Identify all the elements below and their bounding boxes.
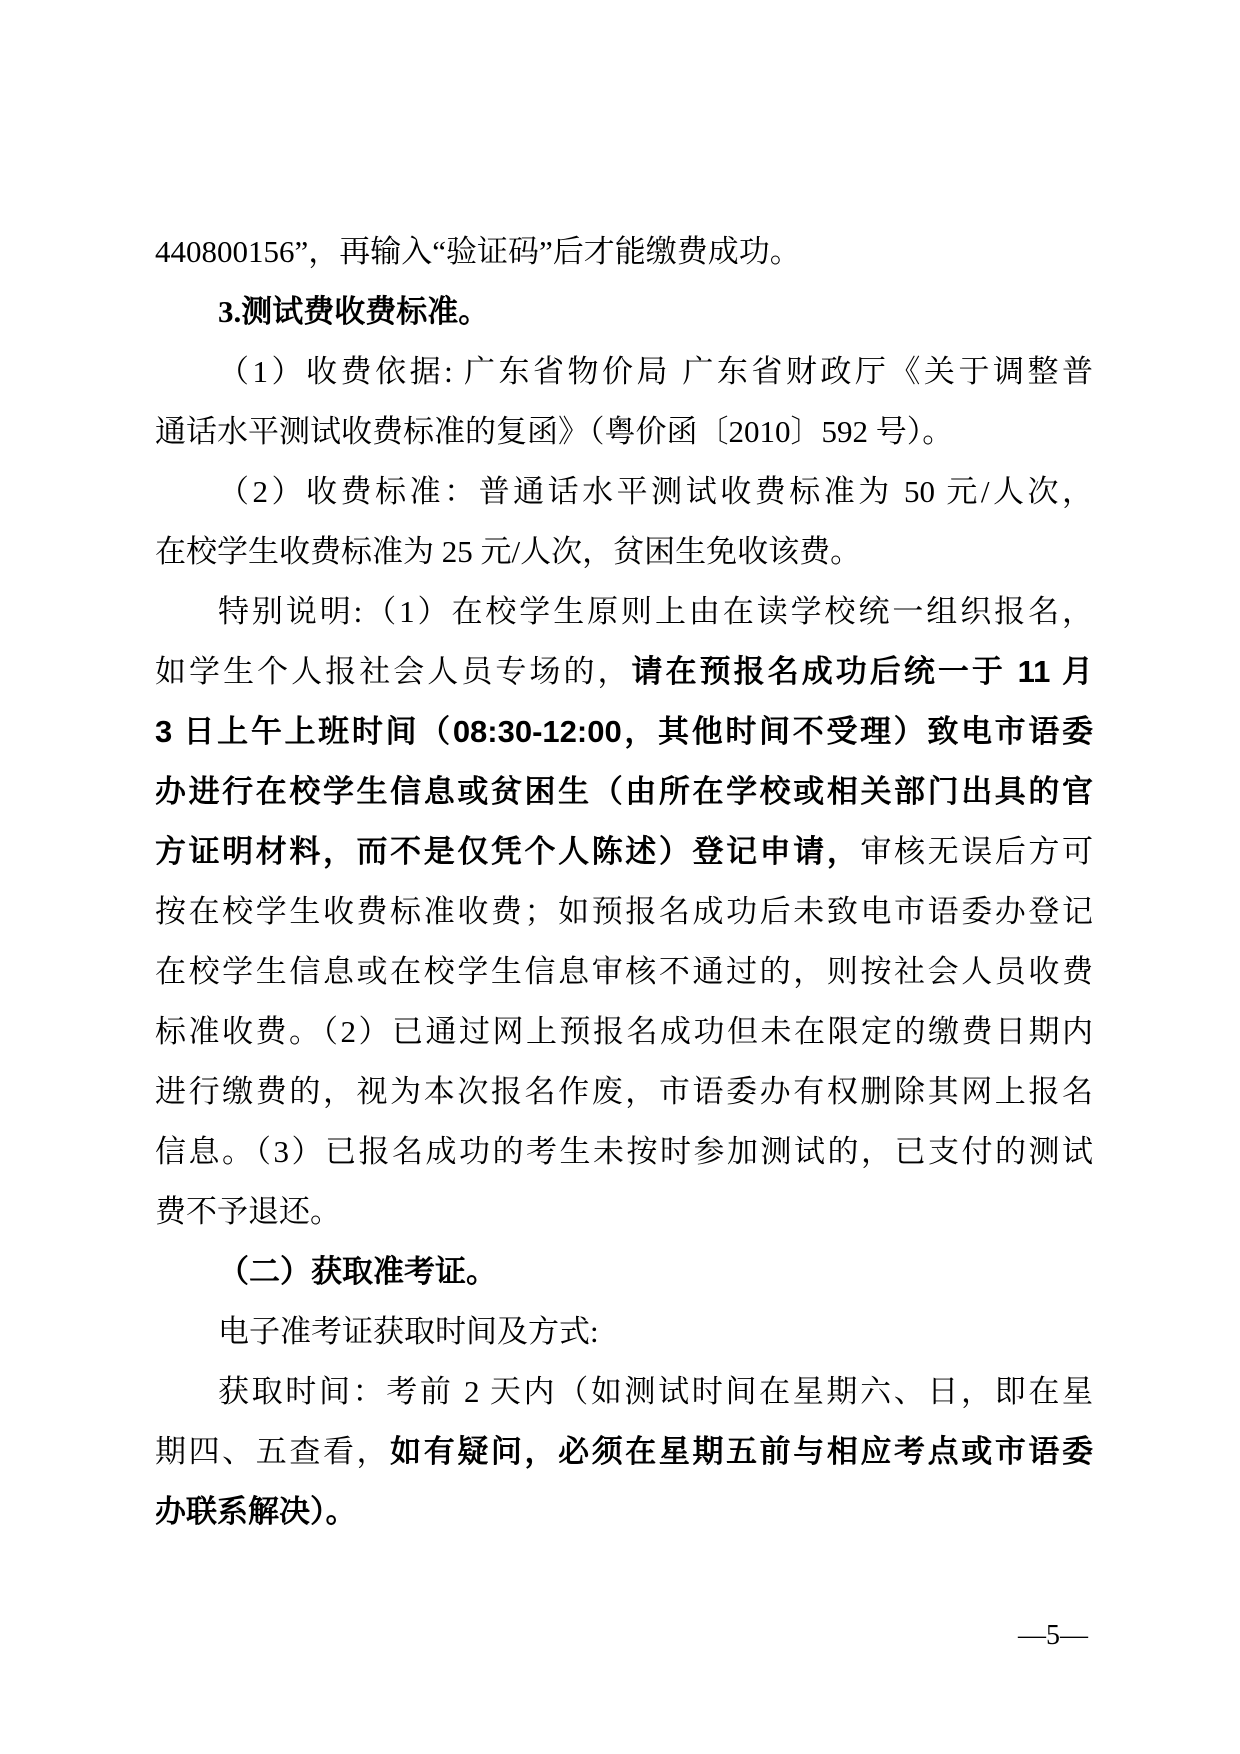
text-line: （二）获取准考证。 xyxy=(155,1242,1093,1302)
text-line: 在校学生收费标准为 25 元/人次，贫困生免收该费。 xyxy=(155,522,1093,582)
text-line: 进行缴费的，视为本次报名作废，市语委办有权删除其网上报名 xyxy=(155,1062,1093,1122)
text-segment-regular: 在校学生信息或在校学生信息审核不通过的，则按社会人员收费 xyxy=(155,954,1093,989)
text-block: 440800156”，再输入“验证码”后才能缴费成功。3.测试费收费标准。（1）… xyxy=(155,222,1093,1542)
text-line: 信息。（3）已报名成功的考生未按时参加测试的，已支付的测试 xyxy=(155,1122,1093,1182)
text-line: 如学生个人报社会人员专场的，请在预报名成功后统一于 11 月 xyxy=(155,642,1093,702)
text-segment-bold: 3 日上午上班时间（08:30-12:00，其他时间不受理）致电市语委 xyxy=(155,714,1093,749)
text-segment-heading: 3.测试费收费标准。 xyxy=(218,294,489,329)
text-segment-regular: 如学生个人报社会人员专场的， xyxy=(155,654,632,689)
text-segment-regular: 获取时间：考前 2 天内（如测试时间在星期六、日，即在星 xyxy=(218,1374,1093,1409)
text-line: 办联系解决）。 xyxy=(155,1482,1093,1542)
text-line: 在校学生信息或在校学生信息审核不通过的，则按社会人员收费 xyxy=(155,942,1093,1002)
text-line: 办进行在校学生信息或贫困生（由所在学校或相关部门出具的官 xyxy=(155,762,1093,822)
page-number: —5— xyxy=(1018,1616,1088,1656)
text-segment-kai: 电子准考证获取时间及方式: xyxy=(218,1314,599,1349)
text-segment-regular: 在校学生收费标准为 25 元/人次，贫困生免收该费。 xyxy=(155,534,861,569)
text-segment-regular: 440800156”，再输入“验证码”后才能缴费成功。 xyxy=(155,234,801,269)
text-segment-regular: 按在校学生收费标准收费；如预报名成功后未致电市语委办登记 xyxy=(155,894,1093,929)
text-segment-regular: 通话水平测试收费标准的复函》（粤价函〔2010〕592 号）。 xyxy=(155,414,953,449)
text-line: 方证明材料，而不是仅凭个人陈述）登记申请，审核无误后方可 xyxy=(155,822,1093,882)
text-segment-bold: 办进行在校学生信息或贫困生（由所在学校或相关部门出具的官 xyxy=(155,774,1093,809)
text-line: （1）收费依据: 广东省物价局 广东省财政厅《关于调整普 xyxy=(155,342,1093,402)
text-segment-regular: 期四、五查看， xyxy=(155,1434,390,1469)
text-line: 440800156”，再输入“验证码”后才能缴费成功。 xyxy=(155,222,1093,282)
text-line: 3.测试费收费标准。 xyxy=(155,282,1093,342)
text-segment-kaihead: （二）获取准考证。 xyxy=(218,1254,497,1289)
text-segment-regular: （2）收费标准：普通话水平测试收费标准为 50 元/人次， xyxy=(218,474,1093,509)
text-line: 3 日上午上班时间（08:30-12:00，其他时间不受理）致电市语委 xyxy=(155,702,1093,762)
text-line: 电子准考证获取时间及方式: xyxy=(155,1302,1093,1362)
text-segment-regular: 进行缴费的，视为本次报名作废，市语委办有权删除其网上报名 xyxy=(155,1074,1093,1109)
text-segment-regular: （1）收费依据: 广东省物价局 广东省财政厅《关于调整普 xyxy=(218,354,1093,389)
text-segment-regular: 特别说明:（1）在校学生原则上由在读学校统一组织报名， xyxy=(218,594,1093,629)
text-segment-bold: 如有疑问，必须在星期五前与相应考点或市语委 xyxy=(390,1434,1093,1469)
text-segment-bold: 方证明材料，而不是仅凭个人陈述）登记申请， xyxy=(155,834,860,869)
text-line: （2）收费标准：普通话水平测试收费标准为 50 元/人次， xyxy=(155,462,1093,522)
text-line: 费不予退还。 xyxy=(155,1182,1093,1242)
text-line: 标准收费。（2）已通过网上预报名成功但未在限定的缴费日期内 xyxy=(155,1002,1093,1062)
text-line: 按在校学生收费标准收费；如预报名成功后未致电市语委办登记 xyxy=(155,882,1093,942)
text-line: 特别说明:（1）在校学生原则上由在读学校统一组织报名， xyxy=(155,582,1093,642)
text-segment-regular: 审核无误后方可 xyxy=(860,834,1093,869)
text-segment-regular: 信息。（3）已报名成功的考生未按时参加测试的，已支付的测试 xyxy=(155,1134,1093,1169)
document-page: 440800156”，再输入“验证码”后才能缴费成功。3.测试费收费标准。（1）… xyxy=(0,0,1240,1754)
text-line: 期四、五查看，如有疑问，必须在星期五前与相应考点或市语委 xyxy=(155,1422,1093,1482)
text-line: 获取时间：考前 2 天内（如测试时间在星期六、日，即在星 xyxy=(155,1362,1093,1422)
text-segment-regular: 标准收费。（2）已通过网上预报名成功但未在限定的缴费日期内 xyxy=(155,1014,1093,1049)
text-segment-bold: 请在预报名成功后统一于 11 月 xyxy=(632,654,1093,689)
text-segment-regular: 费不予退还。 xyxy=(155,1194,341,1229)
text-line: 通话水平测试收费标准的复函》（粤价函〔2010〕592 号）。 xyxy=(155,402,1093,462)
text-segment-bold: 办联系解决）。 xyxy=(155,1494,357,1529)
